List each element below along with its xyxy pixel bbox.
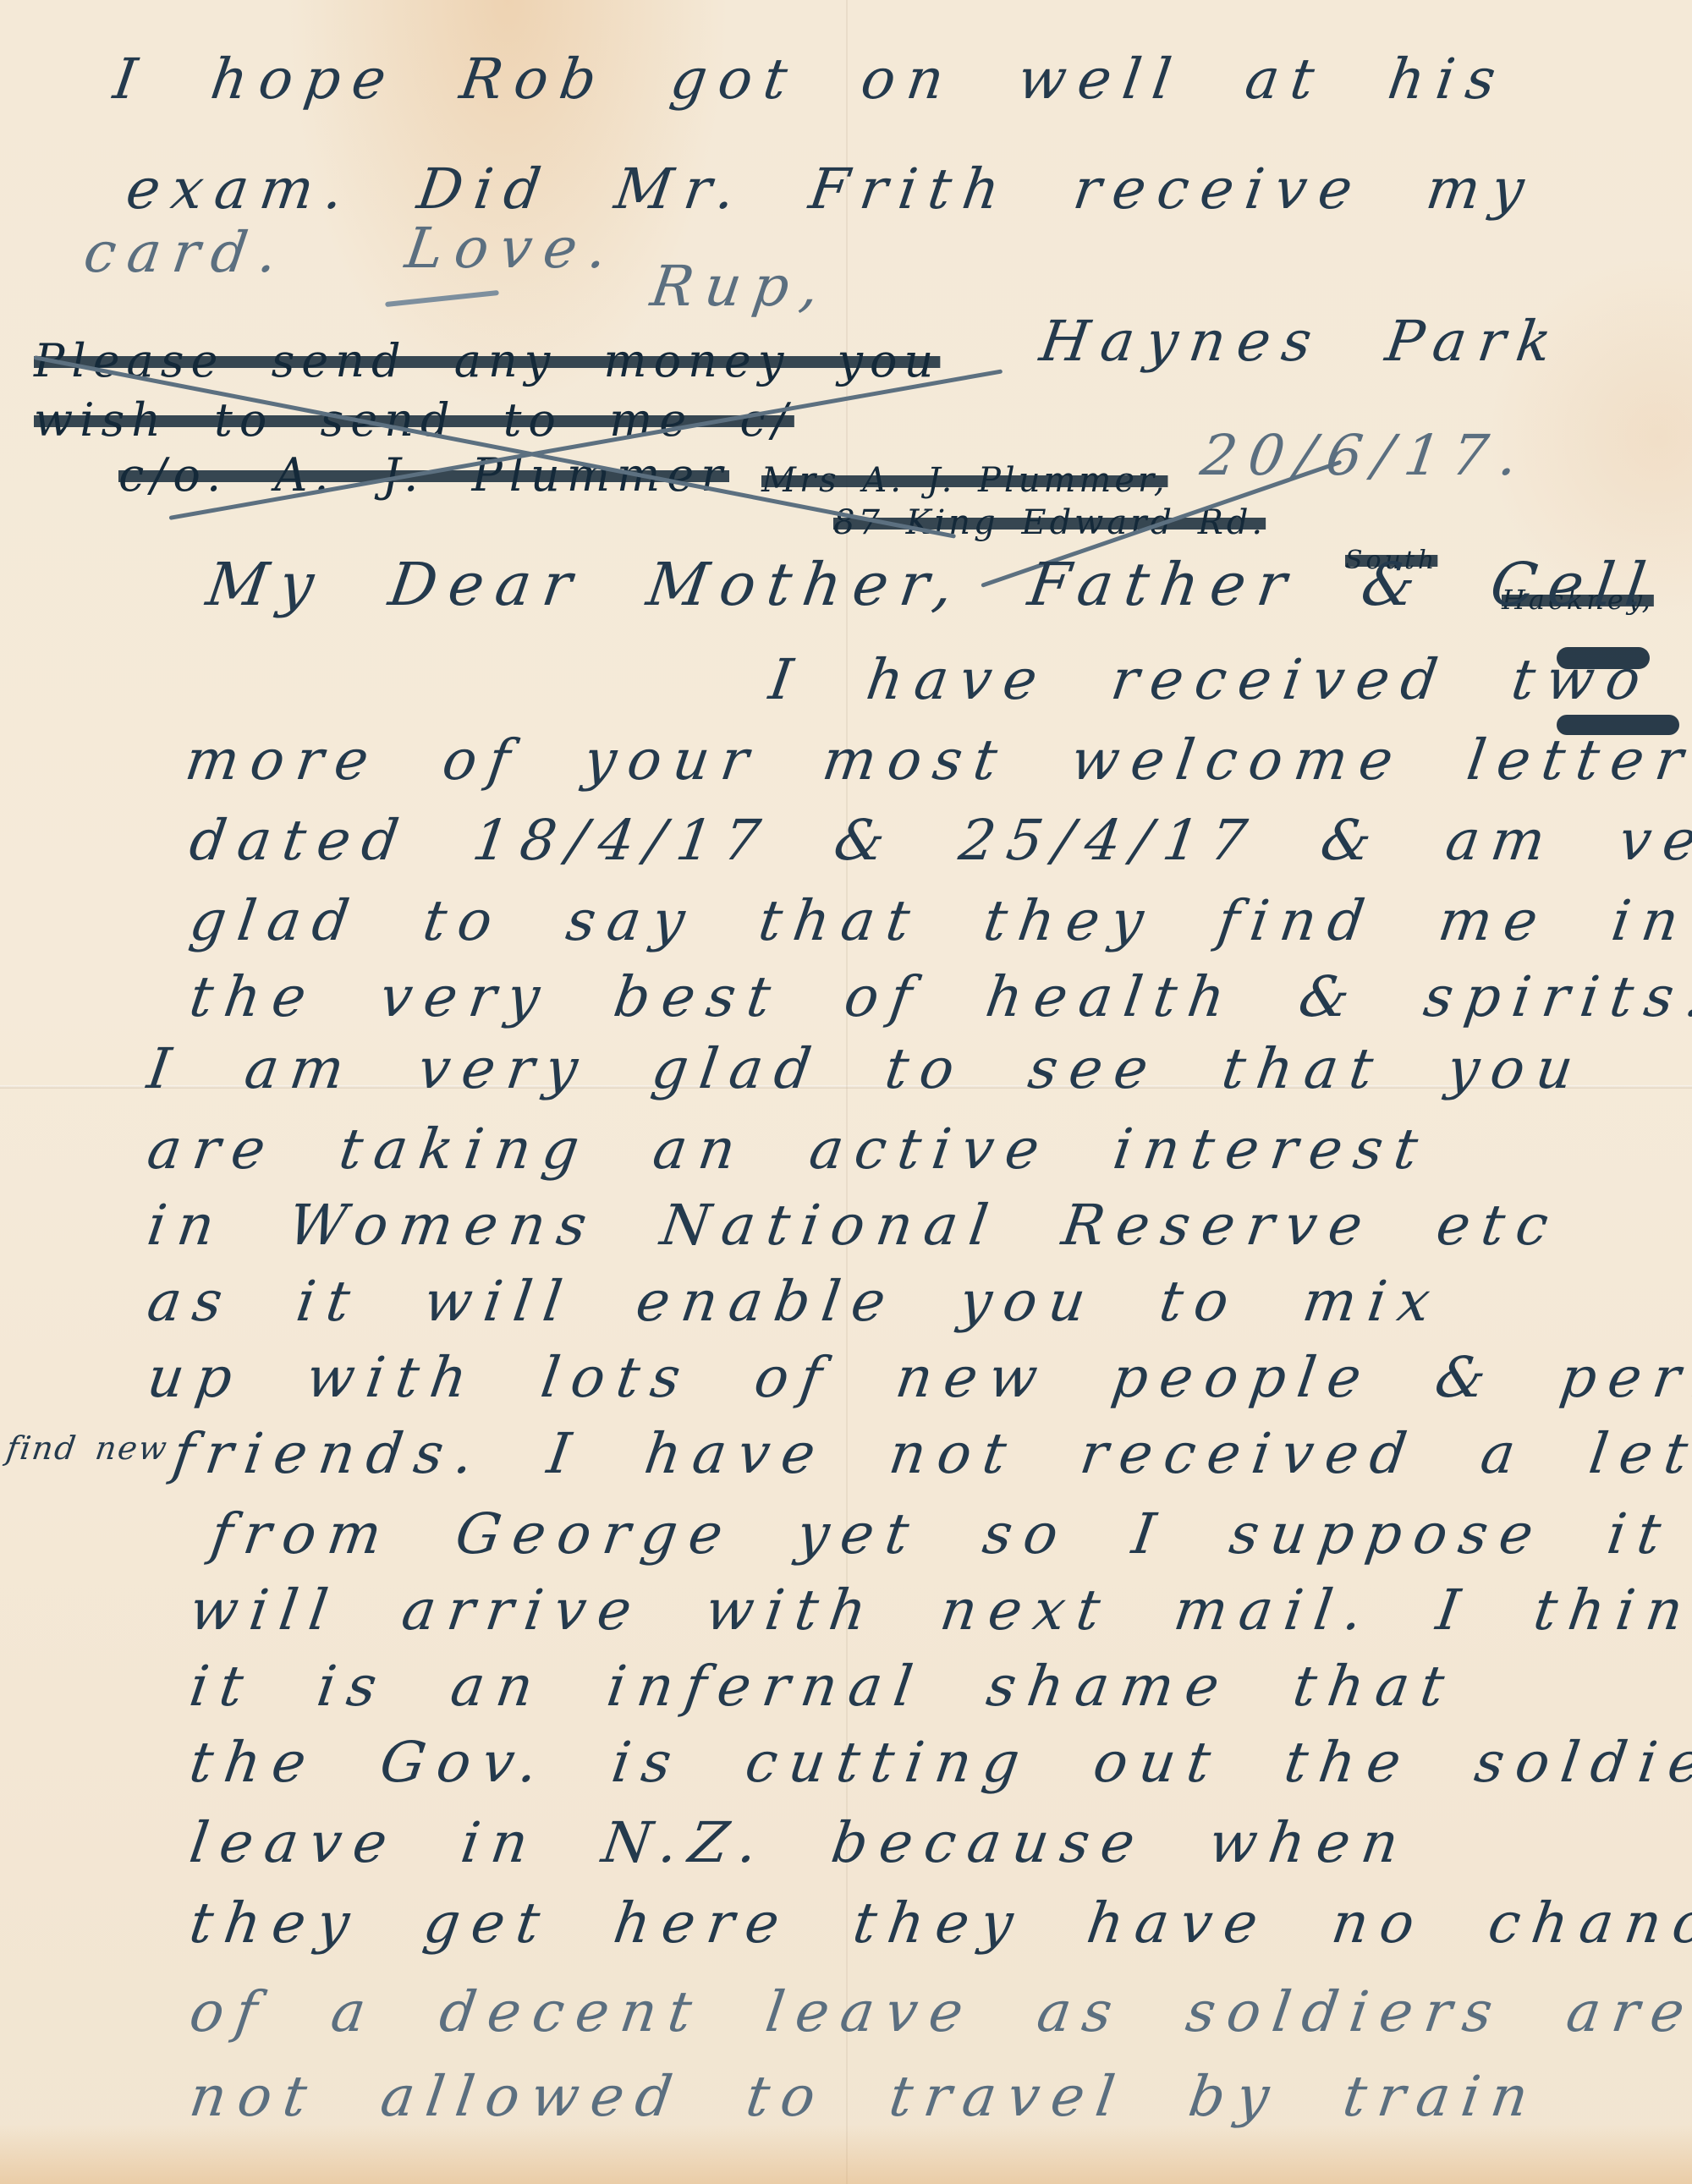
paper-stain <box>0 2125 1692 2184</box>
heading-place: Haynes Park <box>1036 309 1568 374</box>
body-line-3: dated 18/4/17 & 25/4/17 & am very <box>186 808 1692 873</box>
salutation: My Dear Mother, Father & Cell <box>202 550 1662 619</box>
body-line-4: glad to say that they find me in <box>186 888 1692 953</box>
postscript-love: Love. <box>402 216 624 281</box>
struck-line-4: Mrs A. J. Plummer, <box>761 461 1167 500</box>
body-line-12: from George yet so I suppose it <box>207 1501 1677 1567</box>
body-line-16: leave in N.Z. because when <box>186 1810 1415 1875</box>
postscript-line-2: exam. Did Mr. Frith receive my <box>123 156 1540 222</box>
body-line-17: they get here they have no chance <box>186 1890 1692 1956</box>
postscript-line-1: I hope Rob got on well at his <box>110 47 1512 112</box>
letter-page: I hope Rob got on well at his exam. Did … <box>0 0 1692 2184</box>
body-line-1: I have received two <box>766 647 1656 712</box>
body-line-5: the very best of health & spirits. <box>186 964 1692 1029</box>
body-line-8: in Womens National Reserve etc <box>144 1193 1564 1258</box>
body-line-7: are taking an active interest <box>144 1117 1434 1182</box>
body-line-9: as it will enable you to mix <box>144 1269 1446 1334</box>
heading-date: 20/6/17. <box>1197 423 1534 488</box>
body-line-19: not allowed to travel by train <box>186 2064 1544 2129</box>
love-underline <box>385 290 499 307</box>
struck-line-1: Please send any money you <box>34 334 940 387</box>
body-line-14: it is an infernal shame that <box>186 1654 1460 1719</box>
body-line-6: I am very glad to see that you <box>144 1036 1589 1101</box>
margin-note: find new <box>4 1429 171 1467</box>
body-line-18: of a decent leave as soldiers are <box>186 1979 1692 2044</box>
body-line-15: the Gov. is cutting out the soldiers <box>186 1730 1692 1795</box>
postscript-card: card. <box>80 220 294 285</box>
body-line-11: friends. I have not received a letter <box>169 1421 1692 1486</box>
struck-line-2: wish to send to me c/ <box>34 393 794 447</box>
postscript-signature: Rup, <box>647 254 835 319</box>
body-line-10: up with lots of new people & perhaps <box>144 1345 1692 1410</box>
body-line-2: more of your most welcome letters <box>182 727 1692 793</box>
body-line-13: will arrive with next mail. I think <box>186 1578 1692 1643</box>
